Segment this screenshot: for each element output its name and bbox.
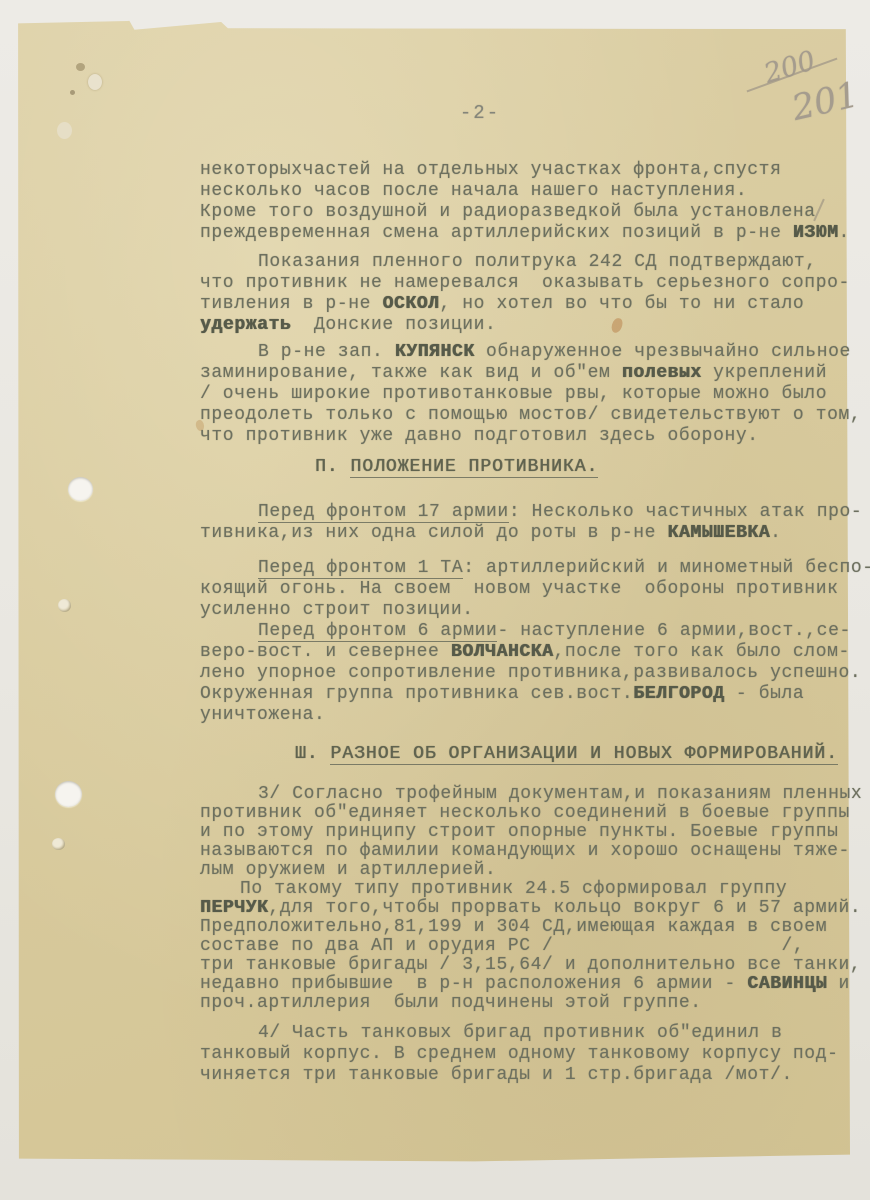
- typed-text: .: [770, 523, 781, 543]
- paper-speck: [57, 122, 72, 139]
- text-line: Кроме того воздушной и радиоразведкой бы…: [200, 202, 848, 223]
- paper-speck: [88, 74, 102, 90]
- text-line: лено упорное сопротивление противника,ра…: [200, 663, 848, 684]
- typed-text: что противник уже давно подготовил здесь…: [200, 426, 759, 446]
- heading-formations: Ш. РАЗНОЕ ОБ ОРГАНИЗАЦИИ И НОВЫХ ФОРМИРО…: [200, 744, 848, 785]
- typed-text: и по этому принципу строит опорные пункт…: [200, 822, 839, 842]
- text-line: чиняется три танковые бригады и 1 стр.бр…: [200, 1065, 848, 1086]
- typed-text: Предположительно,81,199 и 304 СД,имеющая…: [200, 917, 827, 937]
- typed-text: лым оружием и артиллерией.: [200, 860, 496, 880]
- typed-text: некоторыхчастей на отдельных участках фр…: [200, 160, 782, 180]
- typed-text: противник об"единяет несколько соединени…: [200, 803, 850, 823]
- text-line: противник об"единяет несколько соединени…: [200, 804, 848, 823]
- text-line: что противник уже давно подготовил здесь…: [200, 426, 848, 447]
- emphasized-text: ВОЛЧАНСКА: [451, 642, 554, 662]
- text-line: Предположительно,81,199 и 304 СД,имеющая…: [200, 918, 848, 937]
- punch-hole: [55, 781, 82, 807]
- text-line: Ш. РАЗНОЕ ОБ ОРГАНИЗАЦИИ И НОВЫХ ФОРМИРО…: [295, 744, 848, 765]
- typed-text: укреплений: [702, 363, 827, 383]
- typed-text: / очень широкие противотанковые рвы, кот…: [200, 384, 827, 404]
- text-column: некоторыхчастей на отдельных участках фр…: [200, 160, 848, 1086]
- typed-text: веро-вост. и севернее: [200, 642, 451, 662]
- typed-text: Ш.: [295, 744, 330, 764]
- typed-text: три танковые бригады / 3,15,64/ и дополн…: [200, 955, 861, 975]
- punch-hole: [68, 477, 93, 501]
- typed-text: обнаруженное чрезвычайно сильное: [475, 342, 851, 362]
- typed-text: несколько часов после начала нашего наст…: [200, 181, 747, 201]
- para-battle-groups: 3/ Согласно трофейным документам,и показ…: [200, 785, 848, 1013]
- text-line: Перед фронтом 17 армии: Несколько частич…: [200, 502, 848, 523]
- emphasized-text: РАЗНОЕ ОБ ОРГАНИЗАЦИИ И НОВЫХ ФОРМИРОВАН…: [330, 744, 837, 765]
- typed-text: лено упорное сопротивление противника,ра…: [200, 663, 861, 683]
- text-line: называются по фамилии командующих и хоро…: [200, 842, 848, 861]
- typed-text: преодолеть только с помощью мостов/ свид…: [200, 405, 861, 425]
- text-line: 4/ Часть танковых бригад противник об"ед…: [200, 1023, 848, 1044]
- text-line: три танковые бригады / 3,15,64/ и дополн…: [200, 956, 848, 975]
- emphasized-text: САВИНЦЫ: [747, 974, 827, 994]
- text-line: Перед фронтом 1 ТА: артиллерийский и мин…: [200, 558, 848, 579]
- typed-text: - наступление 6 армии,вост.,се-: [497, 621, 850, 641]
- typed-text: - была: [725, 684, 805, 704]
- text-line: тивления в р-не ОСКОЛ, но хотел во что б…: [200, 294, 848, 315]
- typed-text: заминирование, также как вид и об"ем: [200, 363, 622, 383]
- typed-text: тивника,из них одна силой до роты в р-не: [200, 523, 667, 543]
- typed-text: 4/ Часть танковых бригад противник об"ед…: [258, 1023, 782, 1043]
- para-continuation: некоторыхчастей на отдельных участках фр…: [200, 160, 848, 244]
- text-line: Показания пленного политрука 242 СД подт…: [200, 252, 848, 273]
- typed-text: , но хотел во что бы то ни стало: [439, 294, 804, 314]
- typed-text: чиняется три танковые бригады и 1 стр.бр…: [200, 1065, 793, 1085]
- text-line: уничтожена.: [200, 705, 848, 726]
- text-line: и по этому принципу строит опорные пункт…: [200, 823, 848, 842]
- para-tank-corps: 4/ Часть танковых бригад противник об"ед…: [200, 1023, 848, 1086]
- emphasized-text: удержать: [200, 315, 291, 335]
- typed-text: В р-не зап.: [258, 342, 395, 362]
- text-line: В р-не зап. КУПЯНСК обнаруженное чрезвыч…: [200, 342, 848, 363]
- typed-text: тивления в р-не: [200, 294, 382, 314]
- typed-text: : артиллерийский и минометный беспо-: [463, 558, 870, 578]
- emphasized-text: ОСКОЛ: [382, 294, 439, 314]
- text-line: лым оружием и артиллерией.: [200, 861, 848, 880]
- typed-text: ,после того как было слом-: [553, 642, 849, 662]
- text-line: тивника,из них одна силой до роты в р-не…: [200, 523, 848, 544]
- para-front-1ta: Перед фронтом 1 ТА: артиллерийский и мин…: [200, 558, 848, 621]
- typed-text: Кроме того воздушной и радиоразведкой бы…: [200, 202, 816, 222]
- typed-text: П.: [315, 457, 350, 477]
- text-line: 3/ Согласно трофейным документам,и показ…: [200, 785, 848, 804]
- heading-enemy-position: П. ПОЛОЖЕНИЕ ПРОТИВНИКА.: [200, 457, 848, 502]
- paper-speck: [70, 90, 75, 95]
- typed-text: что противник не намеревался оказывать с…: [200, 273, 850, 293]
- text-line: проч.артиллерия были подчинены этой груп…: [200, 994, 848, 1013]
- emphasized-text: Перед фронтом 17 армии: [258, 502, 509, 523]
- typed-text: По такому типу противник 24.5 сформирова…: [240, 879, 787, 899]
- paper-dent: [52, 838, 65, 850]
- text-line: танковый корпус. В среднем одному танков…: [200, 1044, 848, 1065]
- typed-text: уничтожена.: [200, 705, 325, 725]
- emphasized-text: БЕЛГОРОД: [633, 684, 724, 704]
- typed-text: составе по два АП и орудия РС / /,: [200, 936, 804, 956]
- typed-page-number: -2-: [440, 102, 520, 124]
- typed-text: ,для того,чтобы прорвать кольцо вокруг 6…: [268, 898, 861, 918]
- emphasized-text: ПОЛОЖЕНИЕ ПРОТИВНИКА.: [350, 457, 598, 478]
- emphasized-text: Перед фронтом 1 ТА: [258, 558, 463, 579]
- text-line: / очень широкие противотанковые рвы, кот…: [200, 384, 848, 405]
- text-line: П. ПОЛОЖЕНИЕ ПРОТИВНИКА.: [315, 457, 848, 478]
- text-line: усиленно строит позиции.: [200, 600, 848, 621]
- text-line: преодолеть только с помощью мостов/ свид…: [200, 405, 848, 426]
- emphasized-text: ПЕРЧУК: [200, 898, 268, 918]
- text-line: что противник не намеревался оказывать с…: [200, 273, 848, 294]
- typed-text: : Несколько частичных атак про-: [509, 502, 862, 522]
- paper-dent: [58, 599, 71, 612]
- text-line: Перед фронтом 6 армии- наступление 6 арм…: [200, 621, 848, 642]
- text-line: несколько часов после начала нашего наст…: [200, 181, 848, 202]
- typed-text: и: [827, 974, 850, 994]
- text-line: удержать Донские позиции.: [200, 315, 848, 336]
- text-line: веро-вост. и севернее ВОЛЧАНСКА,после то…: [200, 642, 848, 663]
- text-line: преждевременная смена артиллерийских поз…: [200, 223, 848, 244]
- typed-text: .: [839, 223, 850, 243]
- typed-text: усиленно строит позиции.: [200, 600, 474, 620]
- emphasized-text: Перед фронтом 6 армии: [258, 621, 497, 642]
- typed-text: Показания пленного политрука 242 СД подт…: [258, 252, 817, 272]
- para-kupyansk: В р-не зап. КУПЯНСК обнаруженное чрезвыч…: [200, 342, 848, 447]
- para-politruk: Показания пленного политрука 242 СД подт…: [200, 252, 848, 336]
- emphasized-text: ИЗЮМ: [793, 223, 839, 243]
- typed-text: коящий огонь. На своем новом участке обо…: [200, 579, 839, 599]
- text-line: заминирование, также как вид и об"ем пол…: [200, 363, 848, 384]
- text-line: составе по два АП и орудия РС / /,: [200, 937, 848, 956]
- typed-text: Окруженная группа противника сев.вост.: [200, 684, 633, 704]
- typed-text: проч.артиллерия были подчинены этой груп…: [200, 993, 702, 1013]
- text-line: недавно прибывшие в р-н расположения 6 а…: [200, 975, 848, 994]
- emphasized-text: КУПЯНСК: [395, 342, 475, 362]
- para-front-17: Перед фронтом 17 армии: Несколько частич…: [200, 502, 848, 544]
- emphasized-text: полевых: [622, 363, 702, 383]
- text-line: Окруженная группа противника сев.вост.БЕ…: [200, 684, 848, 705]
- text-line: По такому типу противник 24.5 сформирова…: [200, 880, 848, 899]
- typed-text: преждевременная смена артиллерийских поз…: [200, 223, 793, 243]
- text-line: ПЕРЧУК,для того,чтобы прорвать кольцо во…: [200, 899, 848, 918]
- typed-text: танковый корпус. В среднем одному танков…: [200, 1044, 839, 1064]
- text-line: некоторыхчастей на отдельных участках фр…: [200, 160, 848, 181]
- typed-text: недавно прибывшие в р-н расположения 6 а…: [200, 974, 747, 994]
- typed-text: называются по фамилии командующих и хоро…: [200, 841, 850, 861]
- paper-speck: [76, 63, 85, 71]
- emphasized-text: КАМЫШЕВКА: [667, 523, 770, 543]
- scanned-document-page: { "page": { "page_number": "-2-", "handw…: [0, 0, 870, 1200]
- text-line: коящий огонь. На своем новом участке обо…: [200, 579, 848, 600]
- para-front-6: Перед фронтом 6 армии- наступление 6 арм…: [200, 621, 848, 726]
- typed-text: 3/ Согласно трофейным документам,и показ…: [258, 784, 862, 804]
- typed-text: Донские позиции.: [291, 315, 496, 335]
